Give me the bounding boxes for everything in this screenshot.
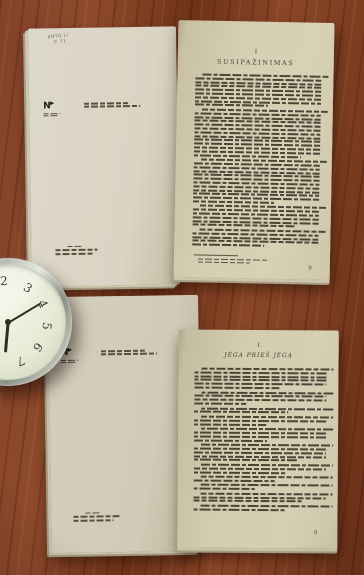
text-line	[194, 431, 326, 434]
micro-text-line	[84, 105, 140, 107]
micro-text-line	[85, 512, 99, 513]
paragraph	[194, 476, 326, 483]
text-line	[194, 154, 301, 158]
text-line	[193, 224, 297, 228]
micro-text-line	[101, 353, 157, 355]
imprint-block	[84, 102, 140, 110]
text-line	[194, 383, 326, 386]
publisher-logo: N	[43, 102, 60, 118]
book-bottom-right-page-content: I JĖGA PRIEŠ JĖGĄ 9	[177, 329, 339, 548]
footnote-block	[198, 258, 276, 266]
micro-text-line	[73, 515, 119, 517]
text-line	[194, 435, 326, 438]
book-top-right-page-content: I SUSIPAŽINIMAS 9	[174, 20, 335, 280]
page-number: 9	[308, 266, 312, 272]
paragraph	[194, 108, 321, 158]
micro-text-line	[55, 253, 93, 255]
text-line	[194, 467, 326, 470]
isbn-block	[73, 512, 119, 523]
text-line	[201, 407, 333, 410]
text-line	[201, 464, 333, 467]
text-line	[194, 379, 326, 382]
text-line	[201, 368, 333, 371]
text-line	[194, 403, 246, 405]
text-line	[194, 395, 326, 398]
text-line	[201, 505, 333, 508]
publisher-logo-flag-icon	[50, 101, 54, 105]
body-text-block	[192, 73, 321, 250]
text-line	[192, 244, 264, 247]
micro-text-line	[84, 102, 128, 104]
micro-text-line	[55, 249, 97, 251]
paragraph	[192, 228, 318, 248]
text-line	[201, 476, 333, 479]
body-text-block	[193, 368, 326, 514]
text-line	[194, 451, 326, 454]
pocket-watch: 2 3 4 5 6 7	[0, 258, 72, 386]
text-line	[195, 104, 268, 107]
text-line	[194, 439, 267, 442]
text-line	[194, 371, 326, 374]
text-line	[194, 411, 288, 414]
micro-text-line	[43, 113, 60, 114]
micro-text-line	[74, 519, 114, 521]
paragraph	[194, 492, 326, 503]
book-top-right-page: I SUSIPAŽINIMAS 9	[174, 20, 335, 280]
book-top-left-page: KNYG L/ P. 71 N	[28, 26, 180, 286]
imprint-block	[101, 349, 157, 357]
book-bottom: KNYG L/ P. 71 N	[44, 290, 346, 562]
text-line	[193, 508, 285, 511]
text-line	[194, 455, 326, 458]
text-line	[194, 496, 326, 499]
isbn-block	[55, 246, 97, 257]
micro-text-line	[43, 115, 58, 116]
text-line	[194, 447, 326, 450]
text-line	[201, 492, 333, 495]
paragraph	[194, 416, 326, 427]
chapter-numeral: I	[178, 47, 334, 57]
publisher-logo-caption	[43, 113, 60, 117]
watch-center-cap	[5, 319, 11, 325]
paragraph	[194, 444, 326, 462]
text-line	[194, 459, 297, 462]
pencil-price-mark: KNYG L/ P. 71	[48, 33, 70, 47]
micro-text-line	[101, 350, 145, 352]
book-bottom-right-page: I JĖGA PRIEŠ JĖGĄ 9	[177, 329, 339, 548]
text-line	[194, 423, 266, 426]
text-line	[201, 484, 333, 487]
text-line	[194, 500, 302, 503]
paragraph	[193, 505, 325, 512]
text-line	[201, 391, 333, 394]
book-top: KNYG L/ P. 71 N	[25, 15, 335, 293]
micro-text-line	[198, 258, 268, 261]
text-line	[201, 416, 333, 419]
watch-numeral-2: 2	[0, 274, 8, 288]
page-number: 9	[314, 530, 318, 536]
chapter-title: SUSIPAŽINIMAS	[178, 57, 334, 68]
text-line	[194, 419, 326, 422]
text-line	[194, 387, 279, 390]
paragraph	[193, 158, 320, 204]
chapter-numeral: I	[179, 341, 339, 349]
paragraph	[194, 428, 326, 442]
text-line	[201, 428, 333, 431]
paragraph	[193, 205, 319, 228]
chapter-title: JĖGA PRIEŠ JĖGĄ	[179, 351, 339, 359]
micro-text-line	[198, 262, 250, 264]
text-line	[194, 375, 326, 378]
text-line	[194, 399, 326, 402]
text-line	[194, 488, 255, 490]
footnote-separator	[194, 254, 238, 256]
photo-scene: KNYG L/ P. 71 N	[0, 0, 364, 575]
book-top-left-page-content: KNYG L/ P. 71 N	[28, 26, 180, 286]
paragraph	[194, 368, 326, 390]
micro-text-line	[67, 246, 81, 247]
paragraph	[194, 407, 326, 414]
text-line	[194, 471, 287, 474]
paragraph	[194, 391, 326, 405]
paragraph	[195, 73, 322, 108]
text-line	[201, 444, 333, 447]
text-line	[194, 479, 275, 482]
paragraph	[194, 463, 326, 474]
watch-numeral-5: 5	[39, 321, 54, 330]
text-line	[193, 200, 274, 204]
paragraph	[194, 484, 326, 491]
